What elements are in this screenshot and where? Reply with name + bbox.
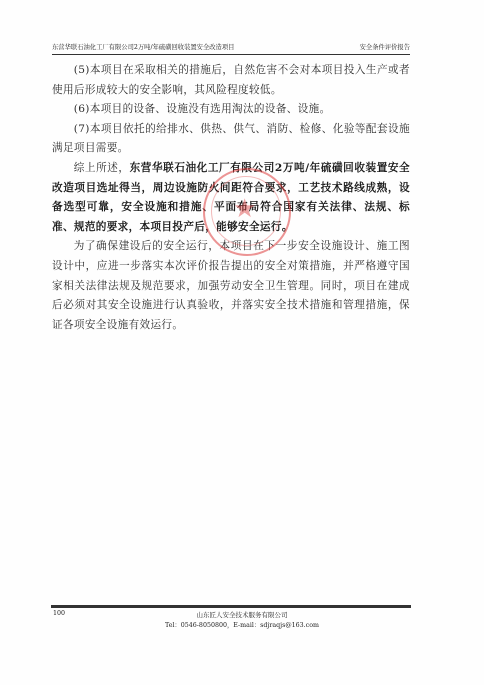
document-page: 东营华联石油化工厂有限公司2万吨/年硫磺回收装置安全改造项目 安全条件评价报告 …	[0, 0, 484, 685]
footer-company-name: 山东匠人安全技术服务有限公司	[0, 610, 484, 619]
footer-contact-info: Tel：0546-8050800，E-mail：sdjraqjs@163.com	[0, 620, 484, 629]
footer-divider	[51, 605, 411, 608]
paragraph-item-6: (6)本项目的设备、设施没有选用淘汰的设备、设施。	[52, 100, 410, 120]
paragraph-item-5: (5)本项目在采取相关的措施后，自然危害不会对本项目投入生产或者使用后形成较大的…	[52, 61, 410, 100]
document-body: (5)本项目在采取相关的措施后，自然危害不会对本项目投入生产或者使用后形成较大的…	[52, 61, 410, 335]
paragraph-item-7: (7)本项目依托的给排水、供热、供气、消防、检修、化验等配套设施满足项目需要。	[52, 120, 410, 159]
page-header: 东营华联石油化工厂有限公司2万吨/年硫磺回收装置安全改造项目 安全条件评价报告	[52, 43, 410, 55]
paragraph-recommendation: 为了确保建设后的安全运行，本项目在下一步安全设施设计、施工图设计中，应进一步落实…	[52, 237, 410, 335]
conclusion-prefix: 综上所述，	[74, 162, 130, 174]
header-report-type: 安全条件评价报告	[360, 43, 410, 53]
header-project-title: 东营华联石油化工厂有限公司2万吨/年硫磺回收装置安全改造项目	[52, 43, 234, 53]
paragraph-conclusion: 综上所述，东营华联石油化工厂有限公司2万吨/年硫磺回收装置安全改造项目选址得当，…	[52, 159, 410, 237]
